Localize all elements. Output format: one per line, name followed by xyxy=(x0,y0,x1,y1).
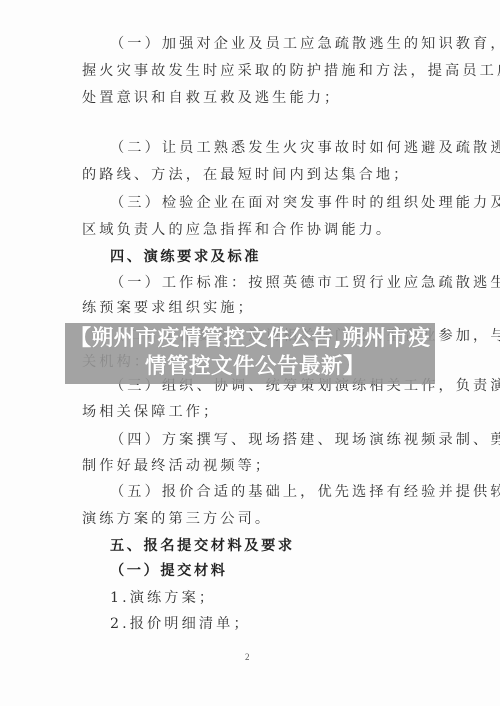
paragraph-line: 演练方案的第三方公司。 xyxy=(82,509,432,529)
paragraph-line: 场相关保障工作； xyxy=(82,402,432,422)
paragraph-line: （一）加强对企业及员工应急疏散逃生的知识教育，掌 xyxy=(110,34,460,54)
paragraph-line: （二）让员工熟悉发生火灾事故时如何逃避及疏散逃生 xyxy=(110,138,460,158)
paragraph-line: （五）报价合适的基础上，优先选择有经验并提供较好 xyxy=(110,482,460,502)
paragraph-line: 的路线、方法，在最短时间内到达集合地； xyxy=(82,165,432,185)
section-heading: （一）提交材料 xyxy=(110,561,460,581)
title-overlay-banner: 【朔州市疫情管控文件公告,朔州市疫 情管控文件公告最新】 xyxy=(65,323,435,384)
paragraph-line: 1.演练方案； xyxy=(110,588,460,608)
paragraph-line: 握火灾事故发生时应采取的防护措施和方法，提高员工应急 xyxy=(82,61,432,81)
section-heading: 四、演练要求及标准 xyxy=(110,247,460,267)
paragraph-line: 2.报价明细清单； xyxy=(110,614,460,634)
banner-title-line-2: 情管控文件公告最新】 xyxy=(65,353,435,381)
page-number: 2 xyxy=(245,652,250,662)
paragraph-line: 制作好最终活动视频等； xyxy=(82,456,432,476)
banner-title-line-1: 【朔州市疫情管控文件公告,朔州市疫 xyxy=(65,325,435,353)
paragraph-line: 区域负责人的应急指挥和合作协调能力。 xyxy=(82,220,432,240)
paragraph-line: 处置意识和自救互救及逃生能力； xyxy=(82,88,432,108)
paragraph-line: （一）工作标准：按照英德市工贸行业应急疏散逃生演 xyxy=(110,273,460,293)
section-heading: 五、报名提交材料及要求 xyxy=(110,536,460,556)
banner-title: 【朔州市疫情管控文件公告,朔州市疫 情管控文件公告最新】 xyxy=(65,325,435,381)
paragraph-line: （三）检验企业在面对突发事件时的组织处理能力及各 xyxy=(110,193,460,213)
paragraph-line: 练预案要求组织实施； xyxy=(82,298,432,318)
paragraph-line: （四）方案撰写、现场搭建、现场演练视频录制、剪辑 xyxy=(110,430,460,450)
